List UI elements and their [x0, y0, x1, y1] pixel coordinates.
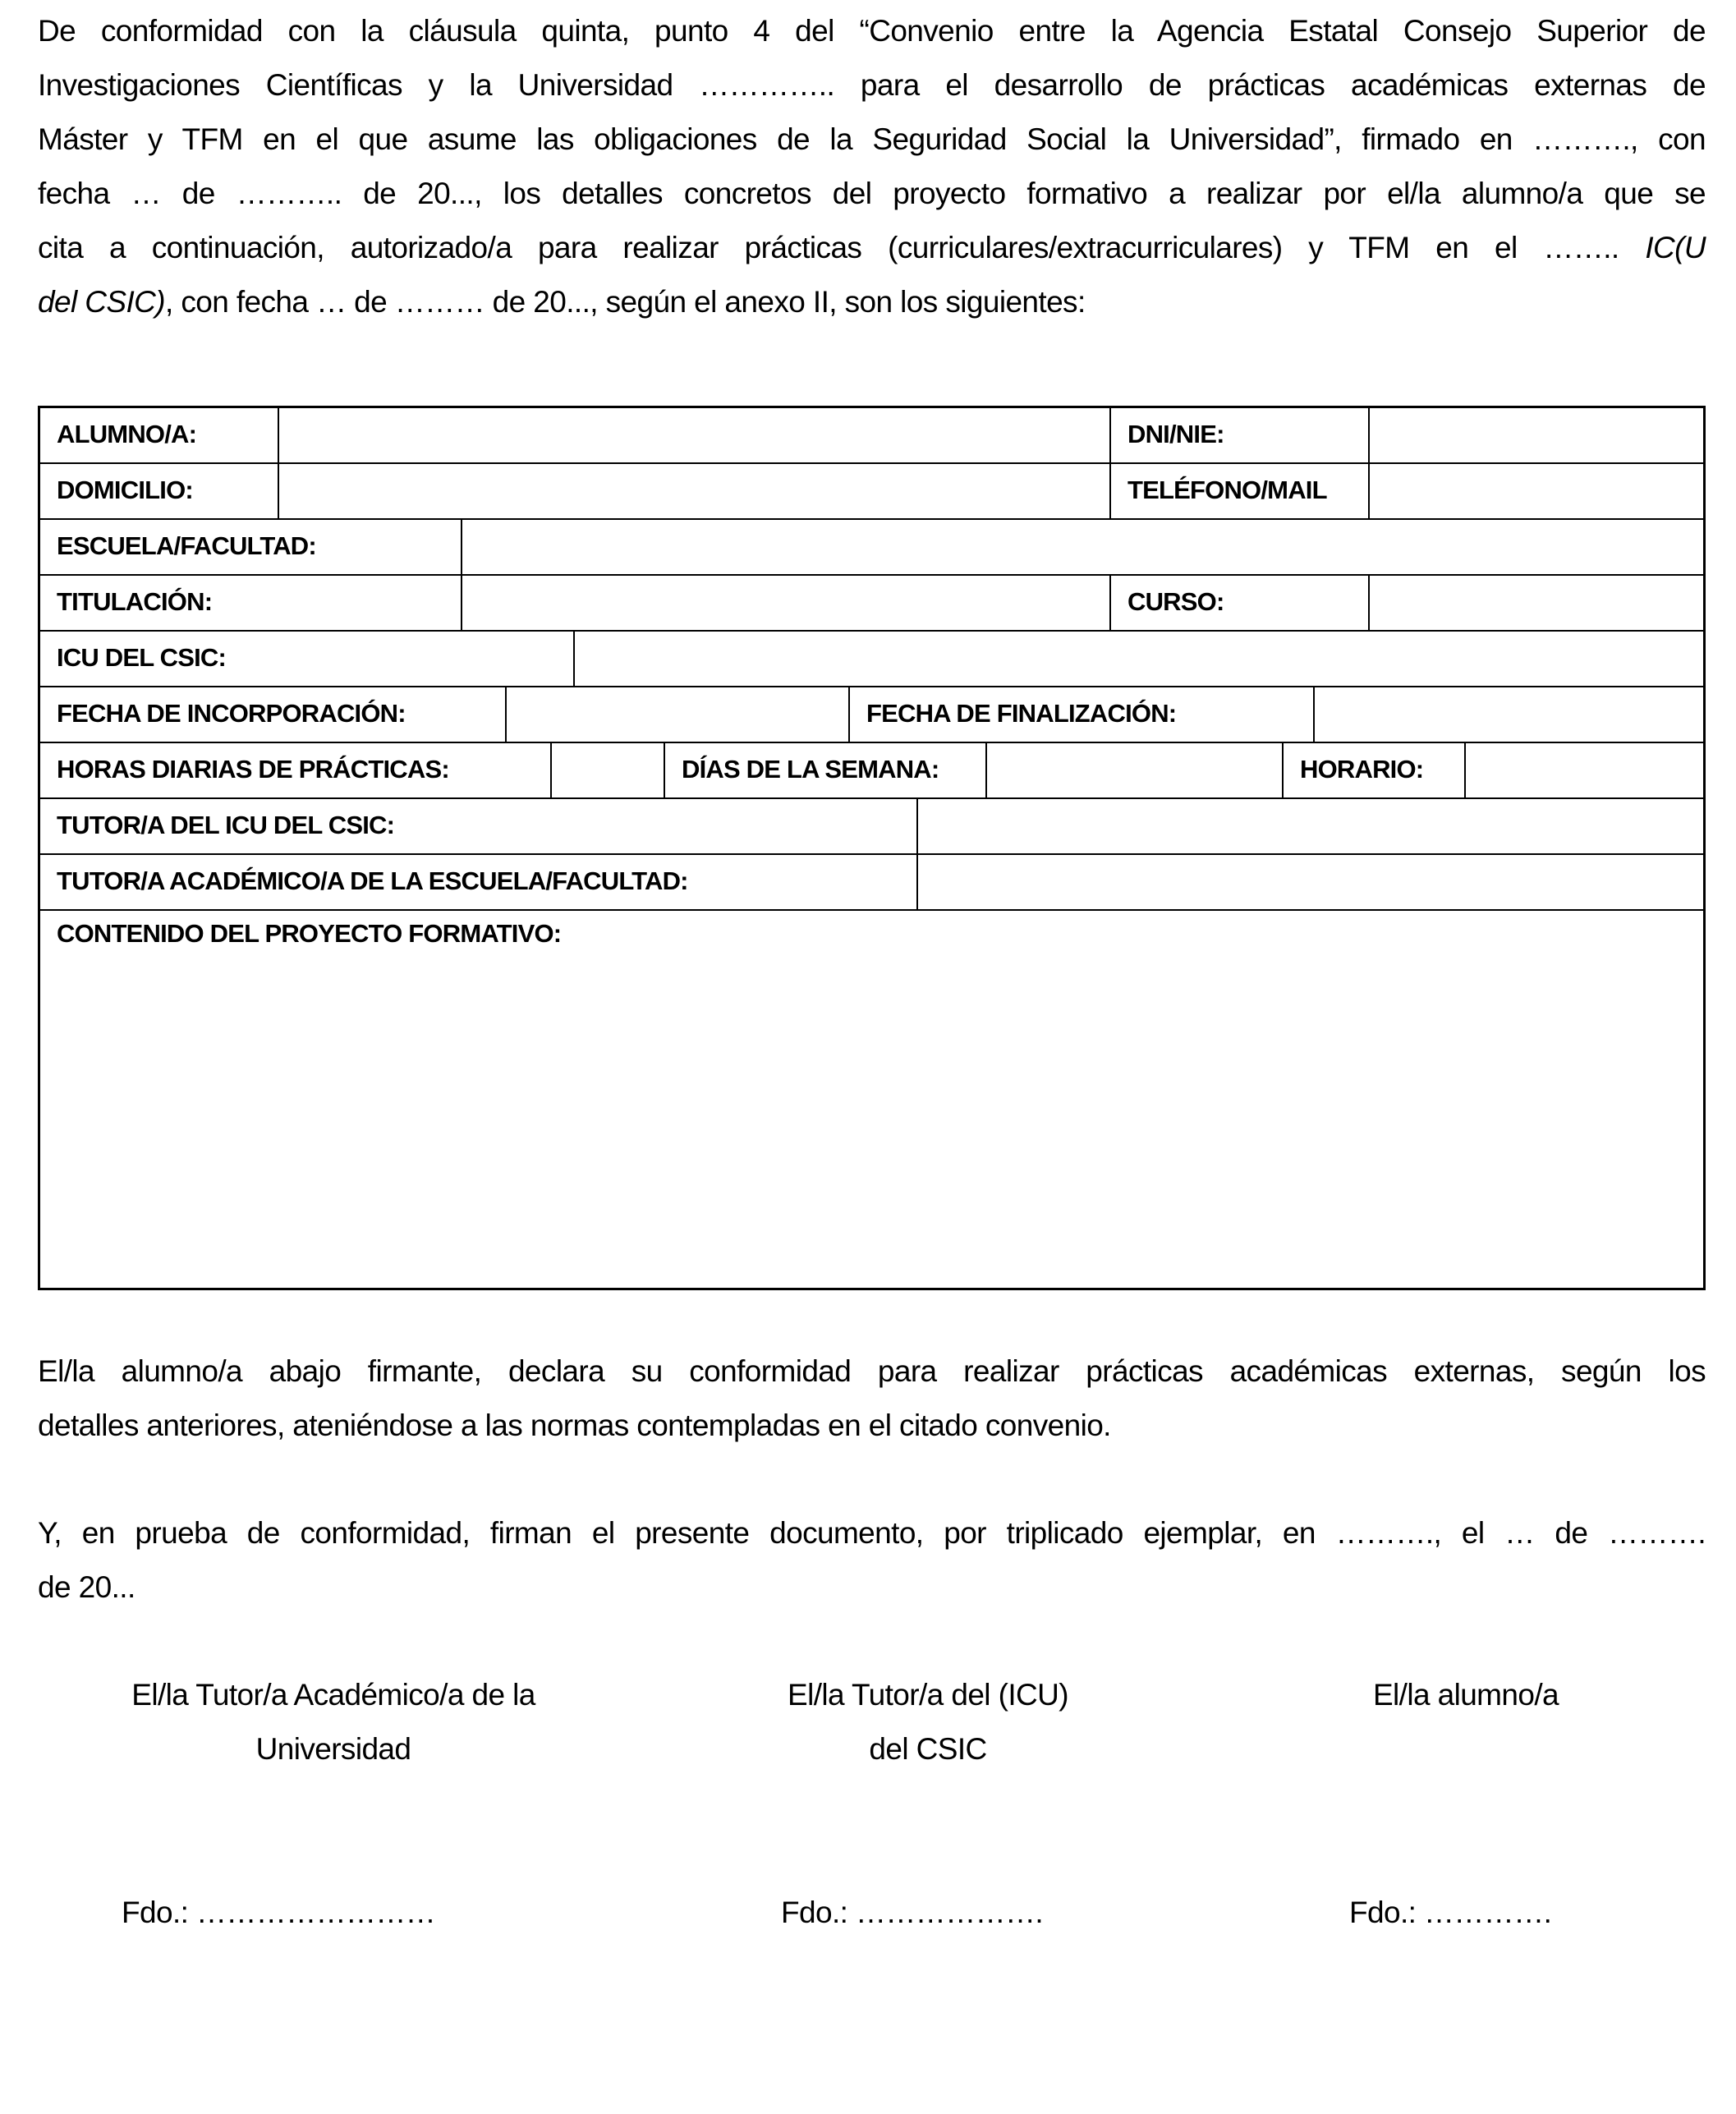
intro-line-1: De conformidad con la cláusula quinta, p…: [38, 4, 1706, 58]
field-tutor-icu[interactable]: [916, 799, 1703, 853]
field-escuela[interactable]: [461, 520, 1703, 574]
signature-line-alumno[interactable]: Fdo.: ………….: [1349, 1886, 1551, 1940]
field-dni[interactable]: [1368, 408, 1703, 462]
field-horas[interactable]: [550, 743, 664, 797]
row-tutor-academico: TUTOR/A ACADÉMICO/A DE LA ESCUELA/FACULT…: [40, 855, 1703, 911]
label-dni: DNI/NIE:: [1109, 408, 1368, 462]
label-telefono: TELÉFONO/MAIL: [1109, 464, 1368, 518]
row-alumno: ALUMNO/A: DNI/NIE:: [40, 408, 1703, 464]
label-icu: ICU DEL CSIC:: [40, 632, 573, 686]
intro-line-4: fecha … de ……….. de 20..., los detalles …: [38, 167, 1706, 221]
label-titulacion: TITULACIÓN:: [40, 576, 461, 630]
signature-line-tutor-icu[interactable]: Fdo.: ……………….: [781, 1886, 1043, 1940]
field-fecha-incorporacion[interactable]: [505, 687, 848, 742]
row-icu: ICU DEL CSIC:: [40, 632, 1703, 687]
closing-paragraph: Y, en prueba de conformidad, firman el p…: [38, 1506, 1706, 1615]
field-titulacion[interactable]: [461, 576, 1109, 630]
label-domicilio: DOMICILIO:: [40, 464, 278, 518]
label-horas: HORAS DIARIAS DE PRÁCTICAS:: [40, 743, 550, 797]
signature-title-tutor-icu: El/la Tutor/a del (ICU) del CSIC: [723, 1668, 1133, 1776]
field-horario[interactable]: [1464, 743, 1703, 797]
closing-line-2: de 20...: [38, 1560, 1706, 1615]
row-tutor-icu: TUTOR/A DEL ICU DEL CSIC:: [40, 799, 1703, 855]
label-dias: DÍAS DE LA SEMANA:: [664, 743, 985, 797]
field-curso[interactable]: [1368, 576, 1703, 630]
signature-title-tutor-academico: El/la Tutor/a Académico/a de la Universi…: [79, 1668, 588, 1776]
intro-line-5-text: cita a continuación, autorizado/a para r…: [38, 231, 1619, 264]
declaration-paragraph: El/la alumno/a abajo firmante, declara s…: [38, 1344, 1706, 1453]
field-icu[interactable]: [573, 632, 1703, 686]
intro-line-5: cita a continuación, autorizado/a para r…: [38, 221, 1706, 275]
intro-line-6: del CSIC), con fecha … de ……… de 20..., …: [38, 275, 1706, 329]
label-tutor-icu: TUTOR/A DEL ICU DEL CSIC:: [40, 799, 916, 853]
signature-title-alumno: El/la alumno/a: [1314, 1668, 1618, 1722]
practice-details-table: ALUMNO/A: DNI/NIE: DOMICILIO: TELÉFONO/M…: [38, 406, 1706, 1290]
field-domicilio[interactable]: [278, 464, 1109, 518]
field-dias[interactable]: [985, 743, 1282, 797]
label-escuela: ESCUELA/FACULTAD:: [40, 520, 461, 574]
declaration-line-1: El/la alumno/a abajo firmante, declara s…: [38, 1344, 1706, 1399]
declaration-line-2: detalles anteriores, ateniéndose a las n…: [38, 1399, 1706, 1453]
label-fecha-finalizacion: FECHA DE FINALIZACIÓN:: [848, 687, 1313, 742]
row-titulacion: TITULACIÓN: CURSO:: [40, 576, 1703, 632]
label-curso: CURSO:: [1109, 576, 1368, 630]
label-fecha-incorporacion: FECHA DE INCORPORACIÓN:: [40, 687, 505, 742]
intro-line-6-italic: del CSIC): [38, 285, 165, 319]
intro-line-3: Máster y TFM en el que asume las obligac…: [38, 113, 1706, 167]
field-fecha-finalizacion[interactable]: [1313, 687, 1703, 742]
signature-line-tutor-academico[interactable]: Fdo.: ……………………: [122, 1886, 435, 1940]
intro-line-6-rest: , con fecha … de ……… de 20..., según el …: [165, 285, 1086, 319]
row-fechas: FECHA DE INCORPORACIÓN: FECHA DE FINALIZ…: [40, 687, 1703, 743]
label-horario: HORARIO:: [1282, 743, 1464, 797]
row-contenido[interactable]: CONTENIDO DEL PROYECTO FORMATIVO:: [40, 908, 1703, 1288]
intro-paragraph: De conformidad con la cláusula quinta, p…: [38, 4, 1706, 329]
intro-line-5-icu: IC(U: [1645, 231, 1706, 264]
label-alumno: ALUMNO/A:: [40, 408, 278, 462]
row-domicilio: DOMICILIO: TELÉFONO/MAIL: [40, 464, 1703, 520]
field-telefono[interactable]: [1368, 464, 1703, 518]
field-alumno[interactable]: [278, 408, 1109, 462]
intro-line-2: Investigaciones Científicas y la Univers…: [38, 58, 1706, 113]
row-escuela: ESCUELA/FACULTAD:: [40, 520, 1703, 576]
label-tutor-academico: TUTOR/A ACADÉMICO/A DE LA ESCUELA/FACULT…: [40, 855, 916, 909]
closing-line-1: Y, en prueba de conformidad, firman el p…: [38, 1506, 1706, 1560]
row-horas: HORAS DIARIAS DE PRÁCTICAS: DÍAS DE LA S…: [40, 743, 1703, 799]
label-contenido: CONTENIDO DEL PROYECTO FORMATIVO:: [40, 908, 1703, 959]
field-tutor-academico[interactable]: [916, 855, 1703, 909]
